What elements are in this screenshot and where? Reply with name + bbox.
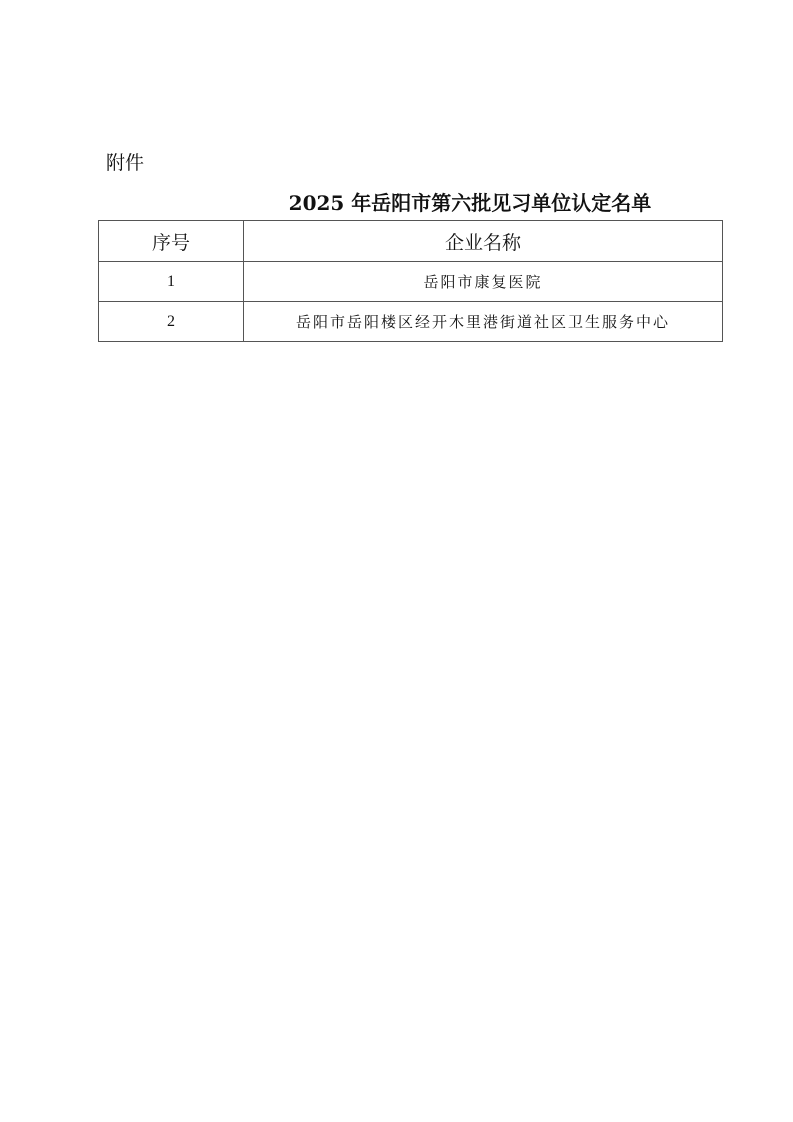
table-header-row: 序号 企业名称 — [99, 221, 723, 262]
row-index: 1 — [99, 262, 244, 302]
header-company-name: 企业名称 — [244, 221, 723, 262]
row-company-name: 岳阳市康复医院 — [244, 262, 723, 302]
unit-list-table: 序号 企业名称 1 岳阳市康复医院 2 岳阳市岳阳楼区经开木里港街道社区卫生服务… — [98, 220, 723, 342]
attachment-label: 附件 — [106, 150, 144, 176]
document-title: 2025 年岳阳市第六批见习单位认定名单 — [98, 189, 722, 217]
row-index: 2 — [99, 302, 244, 342]
header-index: 序号 — [99, 221, 244, 262]
table-row: 2 岳阳市岳阳楼区经开木里港街道社区卫生服务中心 — [99, 302, 723, 342]
row-company-name: 岳阳市岳阳楼区经开木里港街道社区卫生服务中心 — [244, 302, 723, 342]
table-row: 1 岳阳市康复医院 — [99, 262, 723, 302]
